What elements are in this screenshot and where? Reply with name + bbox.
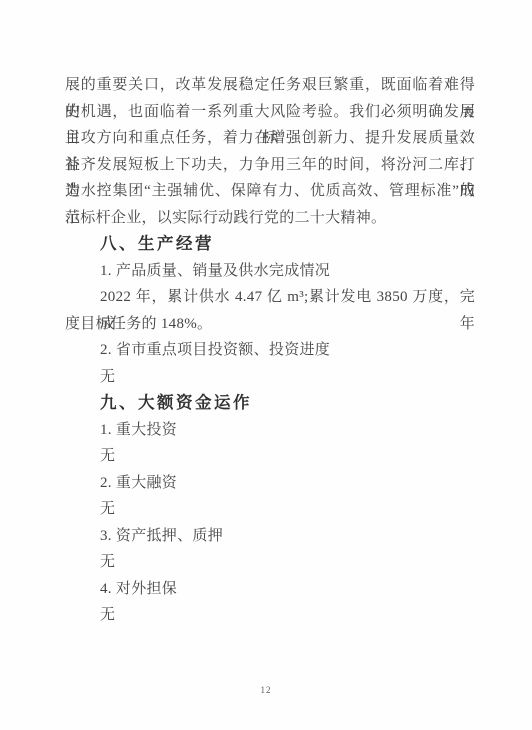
item-title: 2. 重大融资 [65,470,475,497]
item-value: 无 [65,602,475,629]
item-title: 4. 对外担保 [65,576,475,603]
item-body-line: 2022 年，累计供水 4.47 亿 m³;累计发电 3850 万度，完成年 [65,284,475,311]
section-heading-production: 八、生产经营 [65,231,475,258]
item-title: 3. 资产抵押、质押 [65,523,475,550]
paragraph-line: 范标杆企业，以实际行动践行党的二十大精神。 [65,205,475,232]
page-body: 展的重要关口，改革发展稳定任务艰巨繁重，既面临着难得的历 史机遇，也面临着一系列… [65,72,475,629]
item-value: 无 [65,443,475,470]
paragraph-line: 为水控集团“主强辅优、保障有力、优质高效、管理标准”的示 [65,178,475,205]
paragraph-line: 补齐发展短板上下功夫，力争用三年的时间，将汾河二库打造成 [65,152,475,179]
item-title: 1. 产品质量、销量及供水完成情况 [65,258,475,285]
item-title: 1. 重大投资 [65,417,475,444]
paragraph-line: 史机遇，也面临着一系列重大风险考验。我们必须明确发展目标、 [65,99,475,126]
item-title: 2. 省市重点项目投资额、投资进度 [65,337,475,364]
item-value: 无 [65,364,475,391]
document-page: 展的重要关口，改革发展稳定任务艰巨繁重，既面临着难得的历 史机遇，也面临着一系列… [0,0,532,730]
item-value: 无 [65,549,475,576]
paragraph-line: 展的重要关口，改革发展稳定任务艰巨繁重，既面临着难得的历 [65,72,475,99]
item-value: 无 [65,496,475,523]
section-heading-funds: 九、大额资金运作 [65,390,475,417]
paragraph-line: 主攻方向和重点任务，着力在增强创新力、提升发展质量效益、 [65,125,475,152]
page-number: 12 [0,685,532,695]
